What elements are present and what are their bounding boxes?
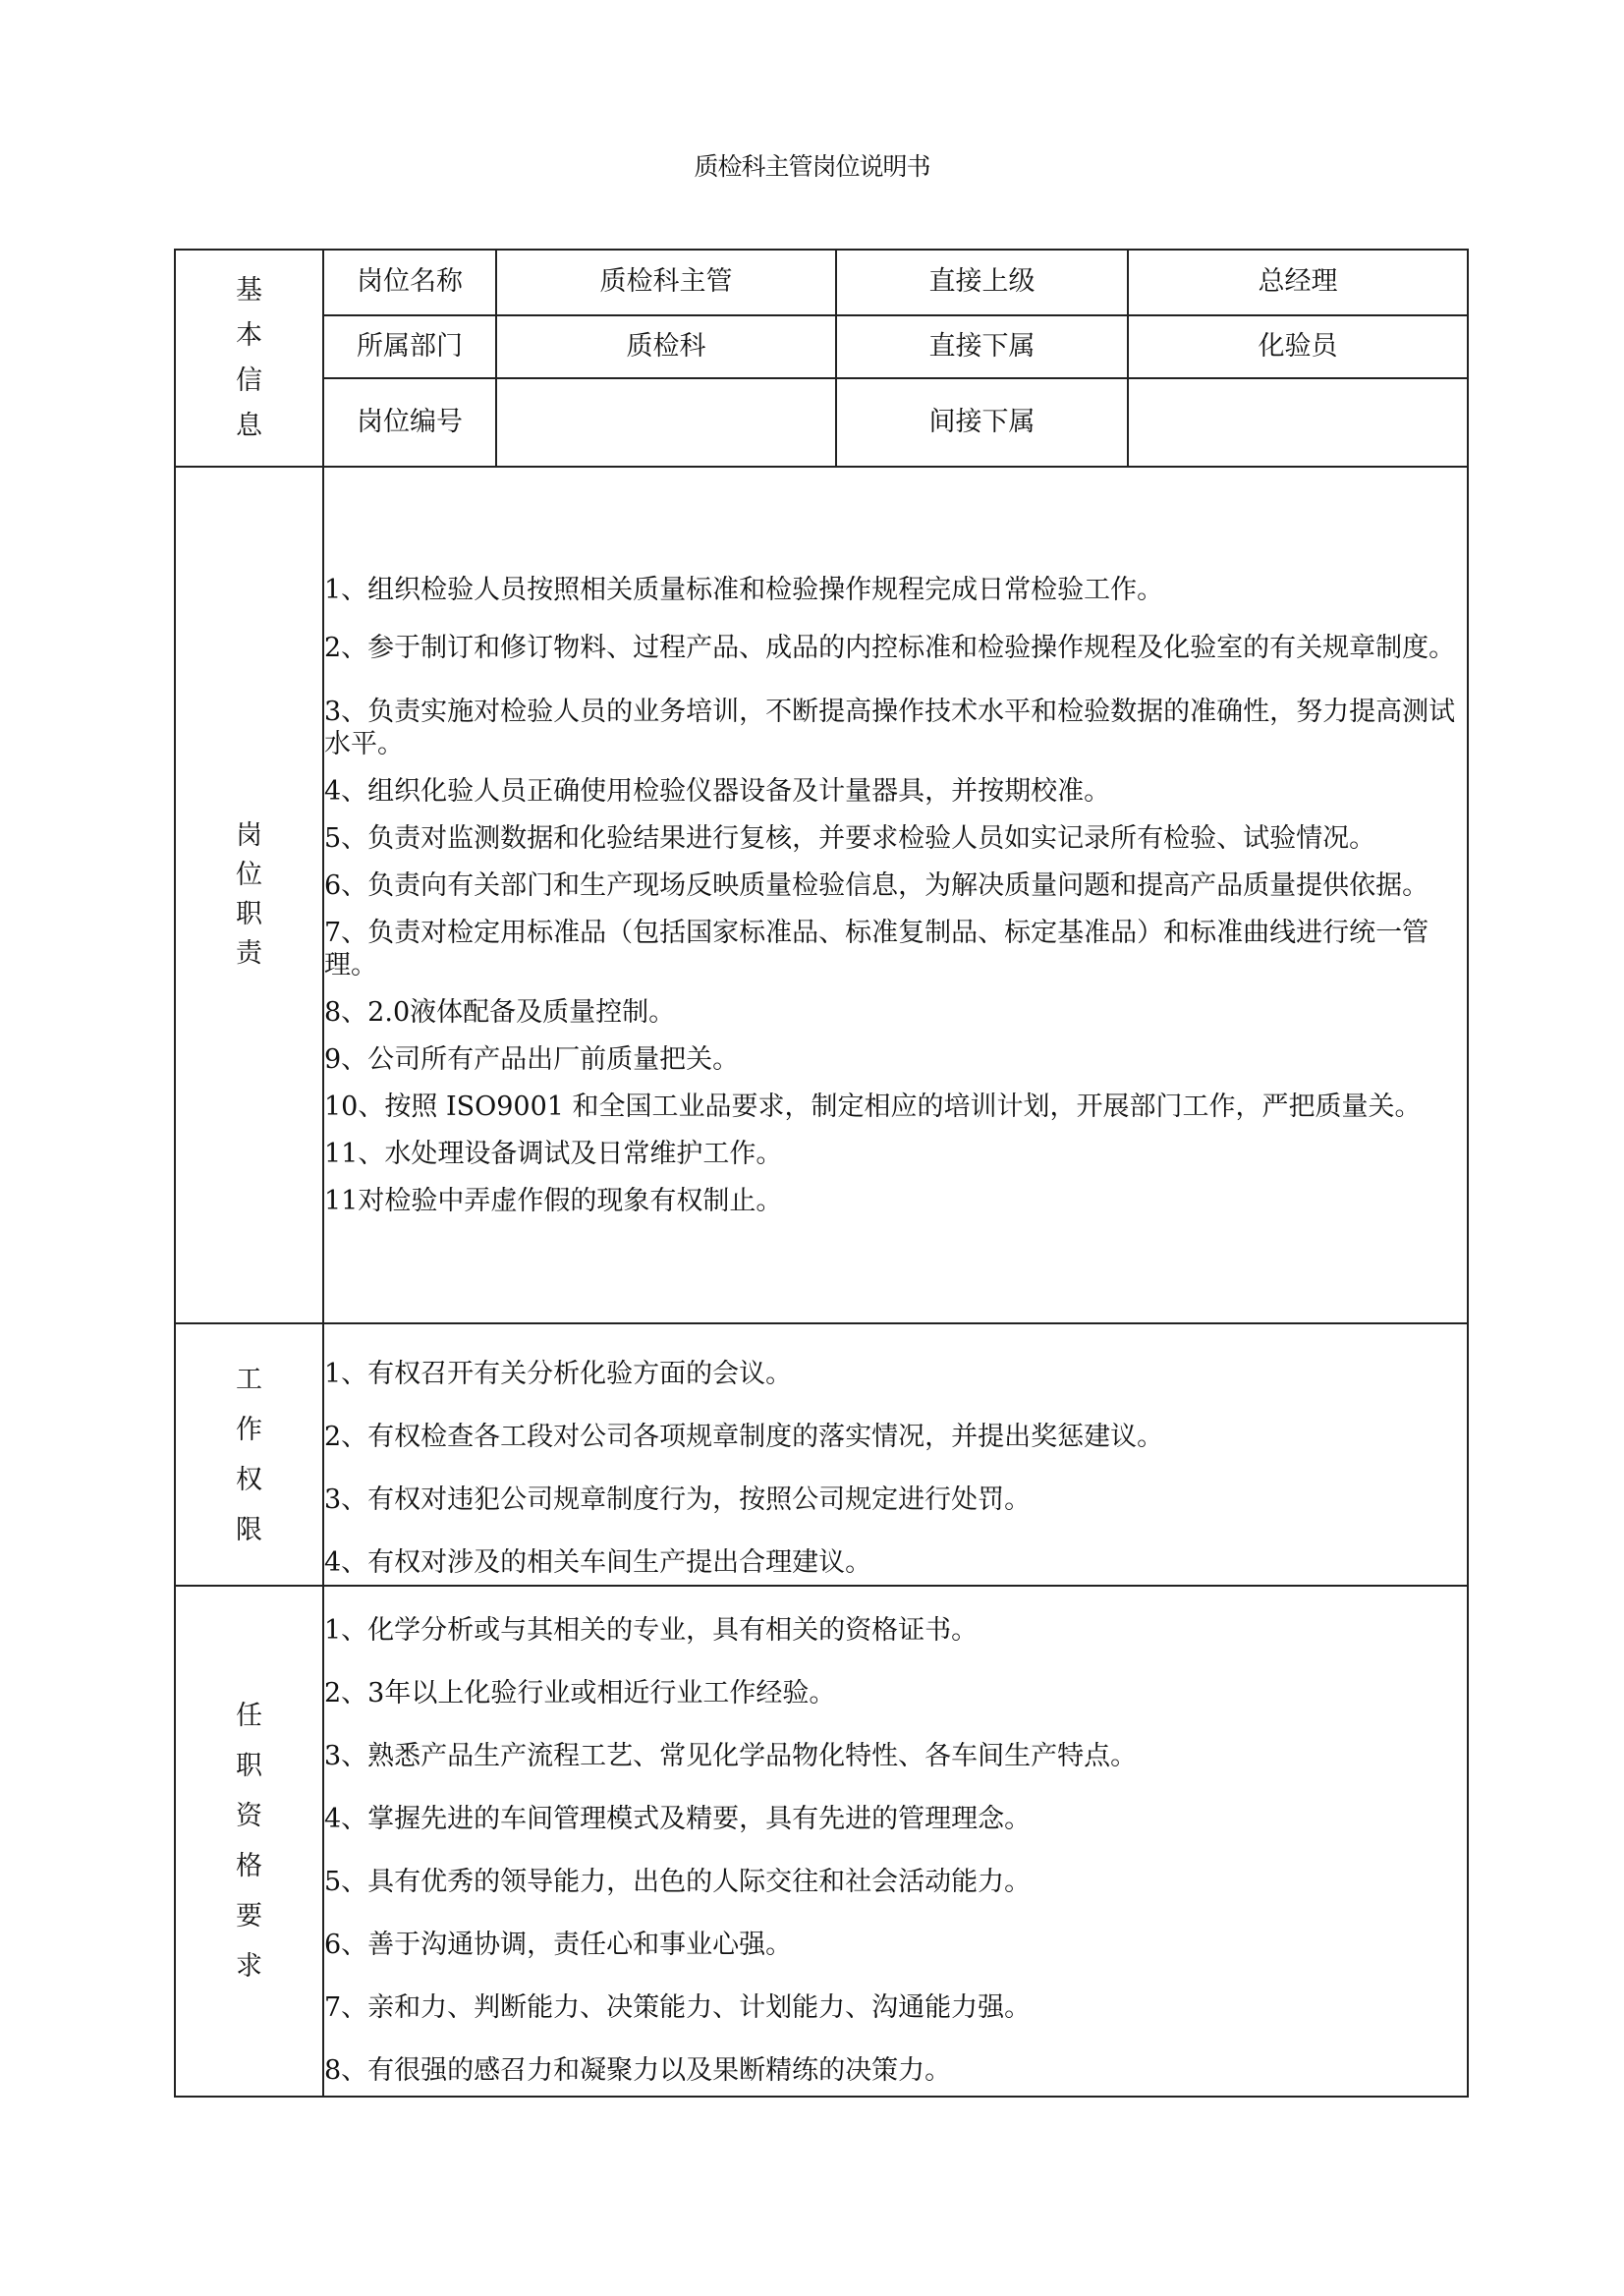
duty-item: 10、按照 ISO9001 和全国工业品要求，制定相应的培训计划，开展部门工作，… — [324, 1091, 1467, 1123]
duties-list: 1、组织检验人员按照相关质量标准和检验操作规程完成日常检验工作。 2、参于制订和… — [323, 467, 1468, 1323]
field-value-direct-superior: 总经理 — [1128, 250, 1468, 315]
label-char: 本 — [235, 313, 264, 359]
duty-item: 11、水处理设备调试及日常维护工作。 — [324, 1138, 1467, 1170]
label-char: 作 — [235, 1405, 264, 1455]
basic-info-row: 基 本 信 息 岗位名称 质检科主管 直接上级 总经理 — [175, 250, 1468, 315]
duties-row: 岗 位 职 责 1、组织检验人员按照相关质量标准和检验操作规程完成日常检验工作。… — [175, 467, 1468, 1323]
label-char: 格 — [235, 1841, 264, 1891]
section-label-authority: 工 作 权 限 — [175, 1323, 323, 1586]
section-label-basic-info: 基 本 信 息 — [175, 250, 323, 467]
label-char: 位 — [235, 856, 264, 895]
authority-item: 4、有权对涉及的相关车间生产提出合理建议。 — [324, 1546, 1467, 1579]
basic-info-row: 所属部门 质检科 直接下属 化验员 — [175, 315, 1468, 378]
qualifications-row: 任 职 资 格 要 求 1、化学分析或与其相关的专业，具有相关的资格证书。 2、… — [175, 1586, 1468, 2097]
authority-item: 3、有权对违犯公司规章制度行为，按照公司规定进行处罚。 — [324, 1484, 1467, 1516]
authority-row: 工 作 权 限 1、有权召开有关分析化验方面的会议。 2、有权检查各工段对公司各… — [175, 1323, 1468, 1586]
page-title: 质检科主管岗位说明书 — [0, 147, 1624, 183]
authority-item: 1、有权召开有关分析化验方面的会议。 — [324, 1358, 1467, 1390]
label-char: 职 — [235, 895, 264, 934]
field-label-direct-superior: 直接上级 — [836, 250, 1128, 315]
field-value-department: 质检科 — [496, 315, 836, 378]
authority-item: 2、有权检查各工段对公司各项规章制度的落实情况，并提出奖惩建议。 — [324, 1421, 1467, 1453]
duty-item: 8、2.0液体配备及质量控制。 — [324, 996, 1467, 1029]
label-char: 权 — [235, 1455, 264, 1505]
duty-item: 7、负责对检定用标准品（包括国家标准品、标准复制品、标定基准品）和标准曲线进行统… — [324, 917, 1467, 981]
qualifications-list: 1、化学分析或与其相关的专业，具有相关的资格证书。 2、3年以上化验行业或相近行… — [323, 1586, 1468, 2097]
duty-item: 11对检验中弄虚作假的现象有权制止。 — [324, 1185, 1467, 1217]
duty-item: 6、负责向有关部门和生产现场反映质量检验信息，为解决质量问题和提高产品质量提供依… — [324, 869, 1467, 902]
label-char: 息 — [235, 404, 264, 449]
qualification-item: 8、有很强的感召力和凝聚力以及果断精练的决策力。 — [324, 2054, 1467, 2087]
duty-item: 4、组织化验人员正确使用检验仪器设备及计量器具，并按期校准。 — [324, 775, 1467, 808]
qualification-item: 1、化学分析或与其相关的专业，具有相关的资格证书。 — [324, 1614, 1467, 1647]
label-char: 职 — [235, 1741, 264, 1791]
qualification-item: 7、亲和力、判断能力、决策能力、计划能力、沟通能力强。 — [324, 1991, 1467, 2024]
field-value-position-code — [496, 378, 836, 467]
qualification-item: 5、具有优秀的领导能力，出色的人际交往和社会活动能力。 — [324, 1866, 1467, 1898]
field-label-direct-subordinate: 直接下属 — [836, 315, 1128, 378]
authority-list: 1、有权召开有关分析化验方面的会议。 2、有权检查各工段对公司各项规章制度的落实… — [323, 1323, 1468, 1586]
field-label-position-code: 岗位编号 — [323, 378, 496, 467]
field-label-position-name: 岗位名称 — [323, 250, 496, 315]
job-description-table: 基 本 信 息 岗位名称 质检科主管 直接上级 总经理 所属部门 质检科 直接下… — [174, 249, 1469, 2098]
qualification-item: 2、3年以上化验行业或相近行业工作经验。 — [324, 1677, 1467, 1709]
field-label-department: 所属部门 — [323, 315, 496, 378]
label-char: 责 — [235, 934, 264, 974]
label-char: 资 — [235, 1791, 264, 1841]
label-char: 求 — [235, 1941, 264, 1991]
label-char: 基 — [235, 268, 264, 313]
qualification-item: 4、掌握先进的车间管理模式及精要，具有先进的管理理念。 — [324, 1803, 1467, 1835]
field-label-indirect-subordinate: 间接下属 — [836, 378, 1128, 467]
duty-item: 2、参于制订和修订物料、过程产品、成品的内控标准和检验操作规程及化验室的有关规章… — [324, 616, 1467, 681]
label-char: 岗 — [235, 816, 264, 856]
label-char: 任 — [235, 1691, 264, 1741]
duty-item: 3、负责实施对检验人员的业务培训，不断提高操作技术水平和检验数据的准确性，努力提… — [324, 696, 1467, 760]
field-value-indirect-subordinate — [1128, 378, 1468, 467]
duty-item: 5、负责对监测数据和化验结果进行复核，并要求检验人员如实记录所有检验、试验情况。 — [324, 822, 1467, 855]
duty-item: 9、公司所有产品出厂前质量把关。 — [324, 1043, 1467, 1076]
section-label-duties: 岗 位 职 责 — [175, 467, 323, 1323]
basic-info-row: 岗位编号 间接下属 — [175, 378, 1468, 467]
label-char: 工 — [235, 1355, 264, 1405]
label-char: 信 — [235, 359, 264, 404]
field-value-position-name: 质检科主管 — [496, 250, 836, 315]
section-label-qualifications: 任 职 资 格 要 求 — [175, 1586, 323, 2097]
duty-item: 1、组织检验人员按照相关质量标准和检验操作规程完成日常检验工作。 — [324, 574, 1467, 606]
qualification-item: 3、熟悉产品生产流程工艺、常见化学品物化特性、各车间生产特点。 — [324, 1740, 1467, 1772]
field-value-direct-subordinate: 化验员 — [1128, 315, 1468, 378]
label-char: 要 — [235, 1891, 264, 1941]
label-char: 限 — [235, 1505, 264, 1555]
qualification-item: 6、善于沟通协调，责任心和事业心强。 — [324, 1929, 1467, 1961]
